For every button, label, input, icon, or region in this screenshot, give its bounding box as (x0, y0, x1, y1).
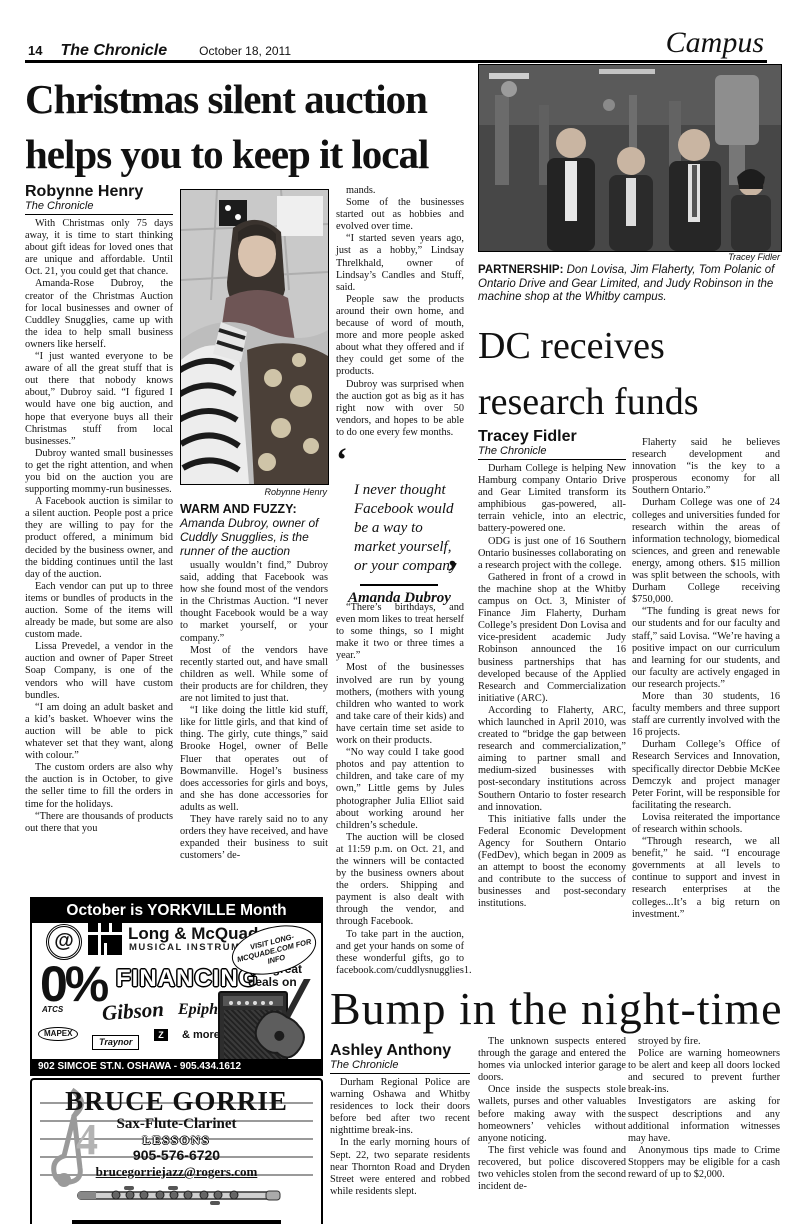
paragraph: Lissa Prevedel, a vendor in the auction … (25, 641, 173, 701)
brand-atcs: ATCS (42, 1005, 63, 1014)
auction-photo-credit: Robynne Henry (180, 487, 327, 497)
paragraph: The unknown suspects entered through the… (478, 1036, 626, 1084)
gorrie-phone: 905-576-6720 (32, 1147, 321, 1163)
paragraph: Dubroy wanted small businesses to get th… (25, 448, 173, 496)
yorkville-ad-banner: October is YORKVILLE Month (32, 899, 321, 923)
pull-quote: ‘ I never thought Facebook would be a wa… (336, 456, 464, 607)
gorrie-bottom-bar (72, 1220, 281, 1224)
flute-image (76, 1184, 286, 1206)
gorrie-subjects: Sax-Flute-Clarinet (32, 1116, 321, 1133)
financing-text: FINANCING (116, 965, 258, 993)
auction-column-3b: “There’s birthdays, and even mom likes t… (336, 602, 464, 972)
night-column-3: stroyed by fire.Police are warning homeo… (628, 1036, 780, 1224)
paragraph: Durham College is helping New Hamburg co… (478, 463, 626, 536)
partnership-caption-lead: PARTNERSHIP: (478, 264, 563, 276)
machine-shop-photo-graphic (479, 65, 781, 251)
paragraph: Once inside the suspects stole wallets, … (478, 1084, 626, 1144)
night-byline: Ashley Anthony The Chronicle (330, 1042, 470, 1074)
paragraph: Investigators are asking for suspect des… (628, 1096, 780, 1144)
paragraph: A Facebook auction is similar to a silen… (25, 496, 173, 581)
paragraph: Durham Regional Police are warning Oshaw… (330, 1077, 470, 1137)
auction-byline-org: The Chronicle (25, 200, 173, 213)
paragraph: The custom orders are also why the aucti… (25, 762, 173, 810)
section-title: Campus (666, 26, 764, 60)
paragraph: Durham College was one of 24 colleges an… (632, 497, 780, 606)
pull-quote-text-span: I never thought Facebook would be a way … (354, 482, 456, 574)
longmcquade-logo-icon (88, 923, 122, 955)
paragraph: Most of the vendors have recently starte… (180, 645, 328, 705)
paragraph: usually wouldn’t find,” Dubroy said, add… (180, 560, 328, 645)
night-headline: Bump in the night-time (330, 985, 790, 1033)
research-column-2: Flaherty said he believes research devel… (632, 437, 780, 1017)
page-number: 14 (28, 43, 42, 58)
paragraph: They have rarely said no to any orders t… (180, 814, 328, 862)
warm-fuzzy-caption-text: Amanda Dubroy, owner of Cuddly Snugglies… (180, 516, 319, 558)
paragraph: To take part in the auction, and get you… (336, 929, 464, 977)
night-byline-name: Ashley Anthony (330, 1042, 470, 1059)
paragraph: “No way could I take good photos and pay… (336, 747, 464, 832)
newspaper-page: 14 The Chronicle October 18, 2011 Campus… (0, 0, 792, 1224)
paragraph: Some of the businesses started out as ho… (336, 197, 464, 233)
research-byline: Tracey Fidler The Chronicle (478, 428, 626, 460)
issue-date: October 18, 2011 (199, 44, 291, 58)
paragraph: “Through research, we all benefit,” he s… (632, 836, 780, 921)
machine-shop-photo (478, 64, 782, 252)
paragraph: The auction will be closed at 11:59 p.m.… (336, 832, 464, 929)
gorrie-name: BRUCE GORRIE (32, 1086, 321, 1117)
paragraph: Flaherty said he believes research devel… (632, 437, 780, 497)
night-byline-org: The Chronicle (330, 1059, 470, 1072)
night-column-1: Durham Regional Police are warning Oshaw… (330, 1077, 470, 1224)
auction-column-1: With Christmas only 75 days away, it is … (25, 218, 173, 928)
research-byline-org: The Chronicle (478, 445, 626, 458)
paragraph: Each vendor can put up to three items or… (25, 581, 173, 641)
auction-byline: Robynne Henry The Chronicle (25, 183, 173, 215)
zero-percent-text: 0% (40, 961, 106, 1007)
paragraph: Gathered in front of a crowd in the mach… (478, 572, 626, 705)
brand-mapex: MAPEX (38, 1027, 78, 1041)
gorrie-ad: 4 BRUCE GORRIE Sax-Flute-Clarinet LESSON… (30, 1078, 323, 1224)
paragraph: “The funding is great news for our stude… (632, 606, 780, 691)
research-headline: DC receives research funds (478, 318, 778, 430)
paragraph: “I started seven years ago, just as a ho… (336, 233, 464, 293)
auction-photo (180, 189, 329, 485)
paragraph: Dubroy was surprised when the auction go… (336, 379, 464, 439)
paragraph: In the early morning hours of Sept. 22, … (330, 1137, 470, 1197)
auction-byline-name: Robynne Henry (25, 183, 173, 200)
paper-name: The Chronicle (60, 42, 167, 59)
machine-photo-credit: Tracey Fidler (478, 252, 780, 262)
brand-gibson: Gibson (101, 997, 164, 1026)
paragraph: “I just wanted everyone to be aware of a… (25, 351, 173, 448)
yorkville-ad: October is YORKVILLE Month @ Long & McQu… (30, 897, 323, 1076)
paragraph: “There are thousands of products out the… (25, 811, 173, 835)
research-column-1: Durham College is helping New Hamburg co… (478, 463, 626, 978)
brand-logo-icon: Z (154, 1029, 168, 1041)
guitar-image (254, 979, 318, 1059)
paragraph: Lovisa reiterated the importance of rese… (632, 812, 780, 836)
paragraph: Most of the businesses involved are run … (336, 662, 464, 747)
paragraph: This initiative falls under the Federal … (478, 814, 626, 911)
paragraph: Amanda-Rose Dubroy, the creator of the C… (25, 278, 173, 351)
gorrie-email: brucegorriejazz@rogers.com (32, 1164, 321, 1180)
paragraph: mands. (336, 185, 464, 197)
masthead-rule (25, 60, 767, 63)
at-symbol-icon: @ (46, 924, 82, 960)
paragraph: Police are warning homeowners to be aler… (628, 1048, 780, 1096)
pull-quote-text: I never thought Facebook would be a way … (354, 481, 458, 576)
store-address: 902 SIMCOE ST.N. OSHAWA - 905.434.1612 (32, 1059, 321, 1074)
paragraph: “I like doing the little kid stuff, like… (180, 705, 328, 814)
open-quote-glyph: ‘ (336, 442, 347, 479)
paragraph: stroyed by fire. (628, 1036, 780, 1048)
research-byline-name: Tracey Fidler (478, 428, 626, 445)
masthead-left: 14 The Chronicle October 18, 2011 (28, 42, 291, 60)
auction-headline: Christmas silent auction helps you to ke… (25, 72, 475, 182)
auction-photo-graphic (181, 190, 328, 484)
partnership-caption: PARTNERSHIP: Don Lovisa, Jim Flaherty, T… (478, 264, 778, 305)
warm-fuzzy-caption: WARM AND FUZZY: Amanda Dubroy, owner of … (180, 502, 327, 558)
pull-quote-rule (360, 584, 438, 586)
auction-column-2: usually wouldn’t find,” Dubroy said, add… (180, 560, 328, 928)
paragraph: “There’s birthdays, and even mom likes t… (336, 602, 464, 662)
paragraph: More than 30 students, 16 faculty member… (632, 691, 780, 739)
paragraph: Durham College’s Office of Research Serv… (632, 739, 780, 812)
paragraph: ODG is just one of 16 Southern Ontario b… (478, 536, 626, 572)
warm-fuzzy-caption-lead: WARM AND FUZZY: (180, 502, 327, 516)
brand-traynor: Traynor (92, 1035, 139, 1050)
paragraph: Anonymous tips made to Crime Stoppers ma… (628, 1145, 780, 1181)
paragraph: The first vehicle was found and recovere… (478, 1145, 626, 1193)
paragraph: According to Flaherty, ARC, which launch… (478, 705, 626, 814)
night-column-2: The unknown suspects entered through the… (478, 1036, 626, 1224)
gorrie-lessons: LESSONS (32, 1133, 321, 1148)
paragraph: People saw the products around their own… (336, 294, 464, 379)
paragraph: With Christmas only 75 days away, it is … (25, 218, 173, 278)
paragraph: “I am doing an adult basket and a kid’s … (25, 702, 173, 762)
auction-column-3a: mands.Some of the businesses started out… (336, 185, 464, 455)
